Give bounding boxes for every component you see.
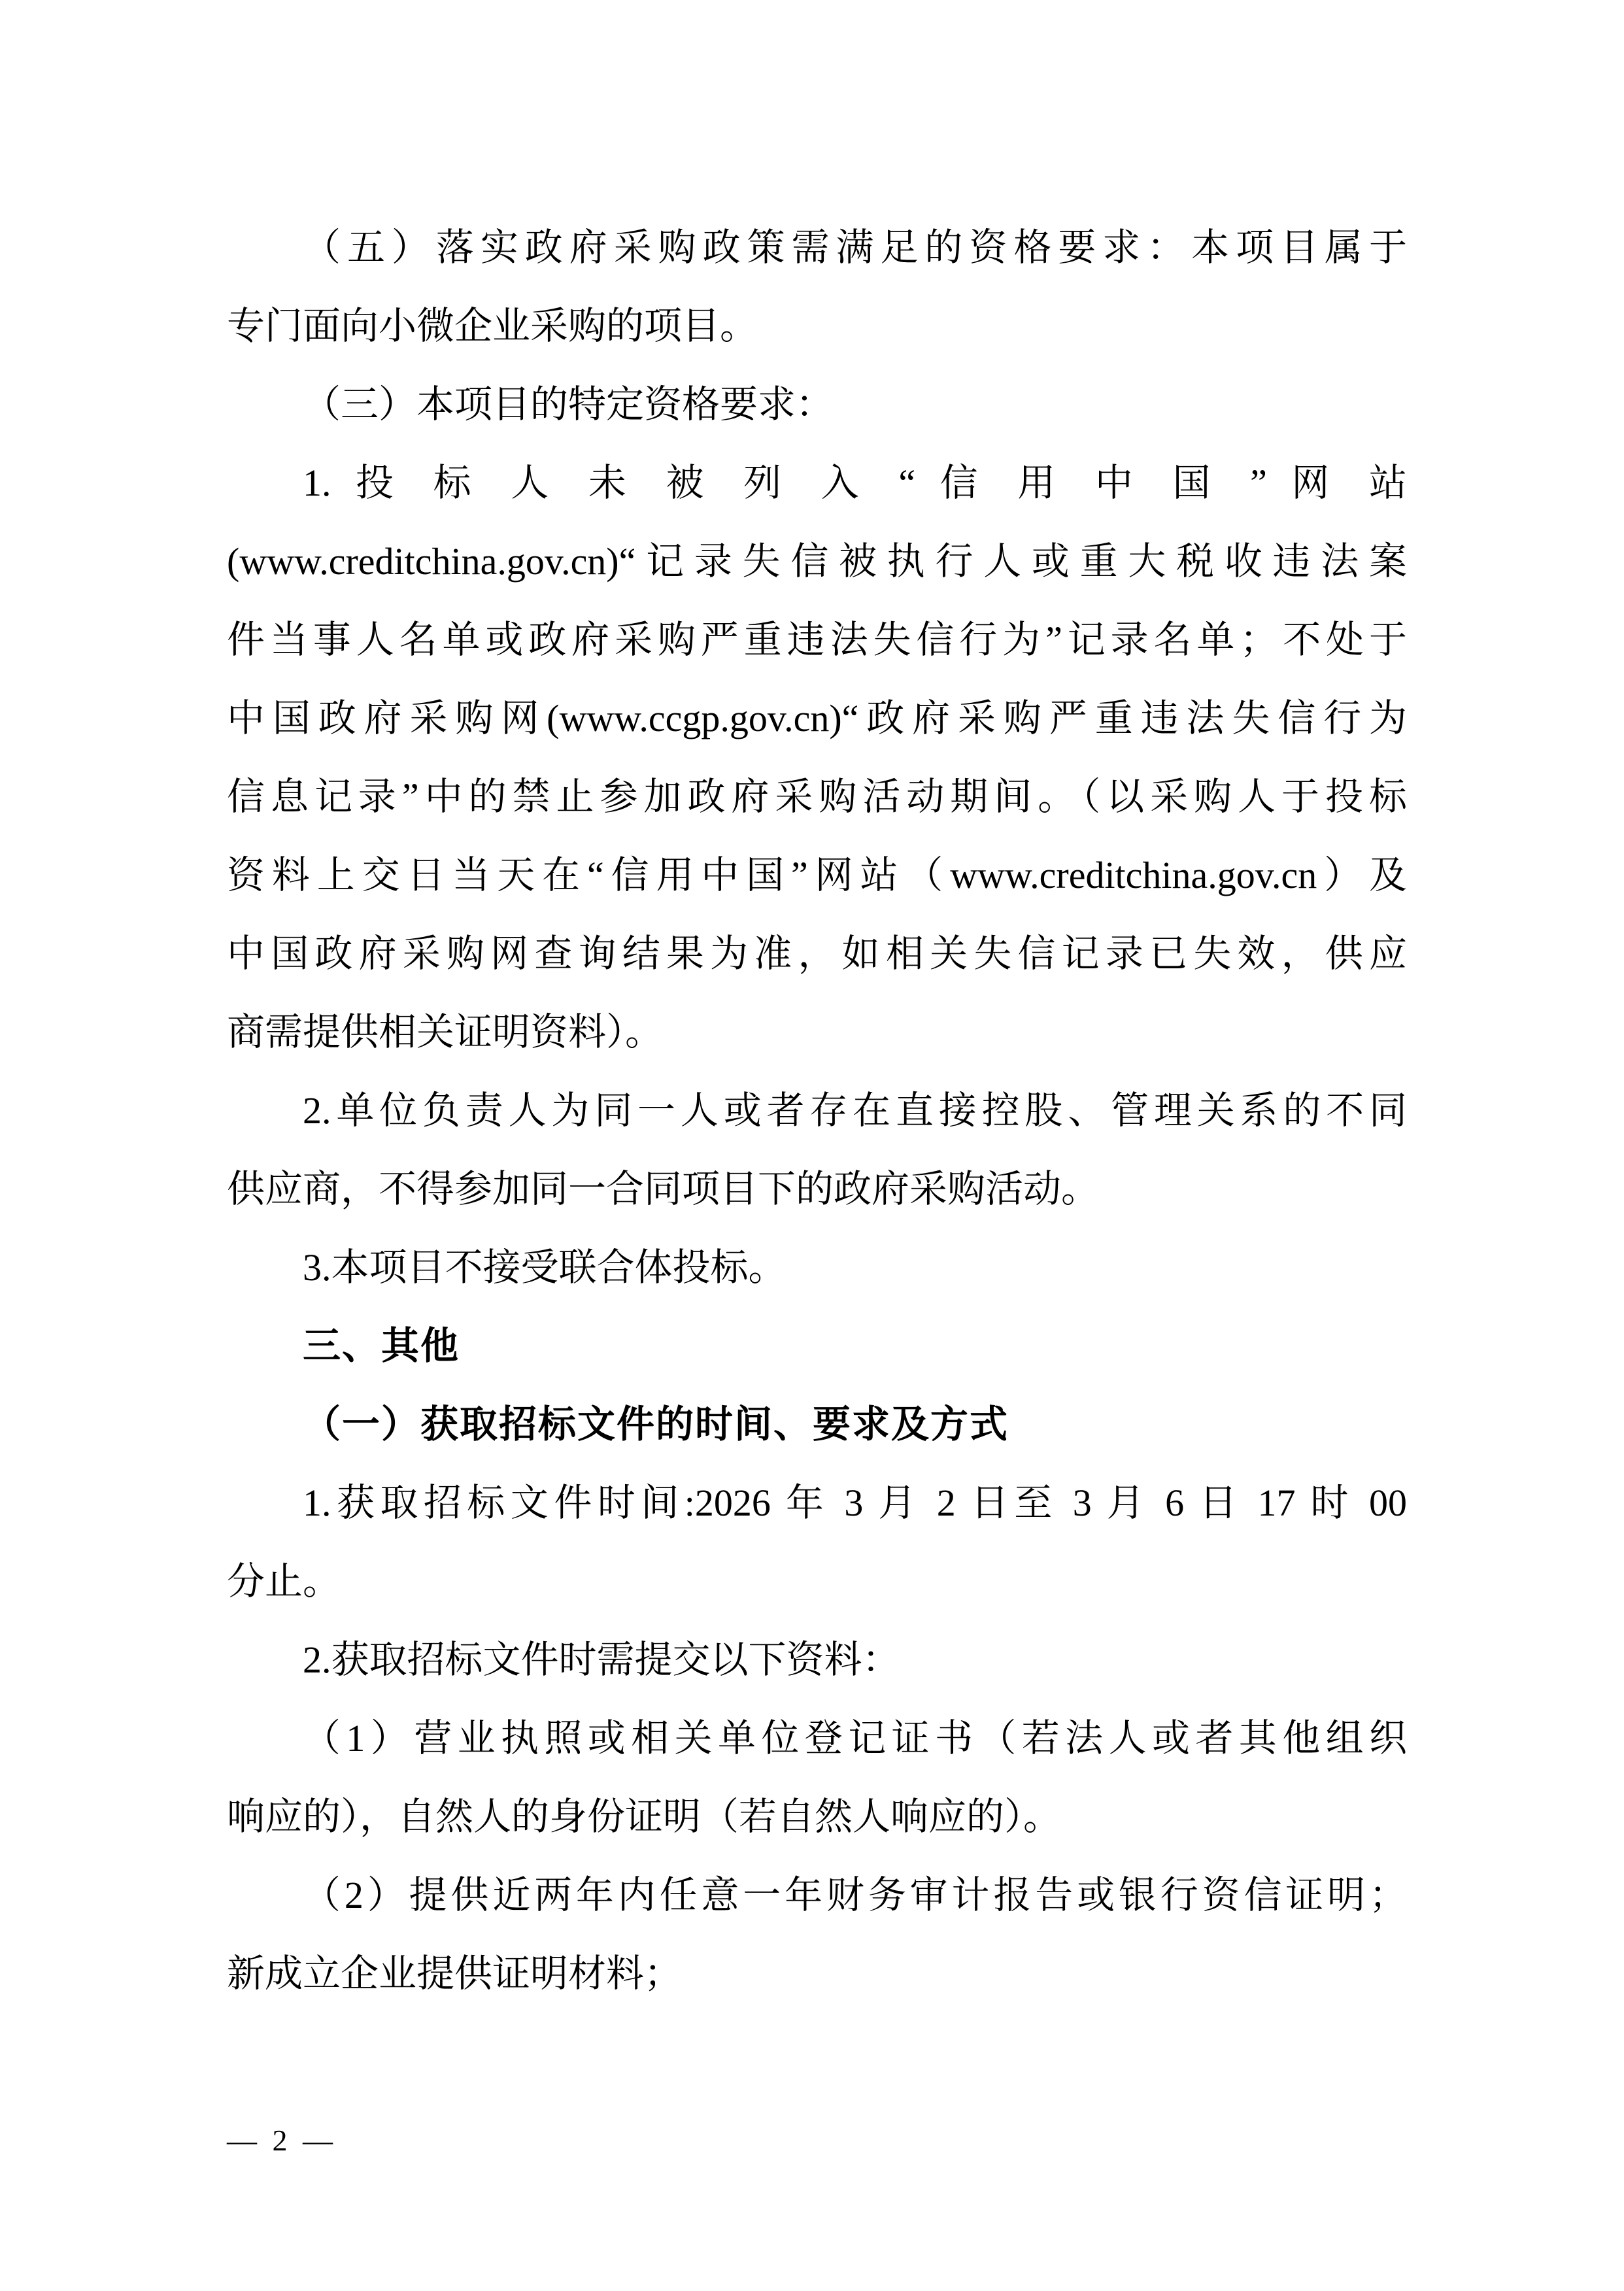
- document-page: （五）落实政府采购政策需满足的资格要求：本项目属于 专门面向小微企业采购的项目。…: [0, 0, 1624, 2291]
- text-line: 信息记录”中的禁止参加政府采购活动期间。（以采购人于投标: [227, 758, 1407, 836]
- text-line: 专门面向小微企业采购的项目。: [227, 287, 1407, 365]
- text-line: 1.获取招标文件时间:2026 年 3 月 2 日至 3 月 6 日 17 时 …: [227, 1464, 1407, 1542]
- text-line: 分止。: [227, 1542, 1407, 1621]
- text-line: 响应的），自然人的身份证明（若自然人响应的）。: [227, 1778, 1407, 1856]
- text-line: 中国政府采购网(www.ccgp.gov.cn)“政府采购严重违法失信行为: [227, 679, 1407, 758]
- text-line: 中国政府采购网查询结果为准，如相关失信记录已失效，供应: [227, 915, 1407, 993]
- text-line: 商需提供相关证明资料）。: [227, 993, 1407, 1072]
- text-line: 供应商，不得参加同一合同项目下的政府采购活动。: [227, 1150, 1407, 1229]
- text-line: (www.creditchina.gov.cn)“记录失信被执行人或重大税收违法…: [227, 522, 1407, 601]
- text-line: （2）提供近两年内任意一年财务审计报告或银行资信证明；: [227, 1856, 1407, 1935]
- subsection-heading: （一）获取招标文件的时间、要求及方式: [227, 1385, 1407, 1464]
- text-line: 件当事人名单或政府采购严重违法失信行为”记录名单；不处于: [227, 601, 1407, 679]
- text-line: 2.获取招标文件时需提交以下资料：: [227, 1621, 1407, 1699]
- document-body: （五）落实政府采购政策需满足的资格要求：本项目属于 专门面向小微企业采购的项目。…: [227, 209, 1407, 2013]
- section-heading: 三、其他: [227, 1307, 1407, 1385]
- text-line: （五）落实政府采购政策需满足的资格要求：本项目属于: [227, 209, 1407, 287]
- text-line: （三）本项目的特定资格要求：: [227, 365, 1407, 444]
- text-line: 1. 投 标 人 未 被 列 入 “ 信 用 中 国 ” 网 站: [227, 444, 1407, 522]
- text-line: 3.本项目不接受联合体投标。: [227, 1229, 1407, 1307]
- page-number: — 2 —: [227, 2124, 337, 2158]
- text-line: 2.单位负责人为同一人或者存在直接控股、管理关系的不同: [227, 1072, 1407, 1150]
- text-line: 资料上交日当天在“信用中国”网站（www.creditchina.gov.cn）…: [227, 836, 1407, 915]
- text-line: （1）营业执照或相关单位登记证书（若法人或者其他组织: [227, 1699, 1407, 1778]
- text-line: 新成立企业提供证明材料；: [227, 1935, 1407, 2013]
